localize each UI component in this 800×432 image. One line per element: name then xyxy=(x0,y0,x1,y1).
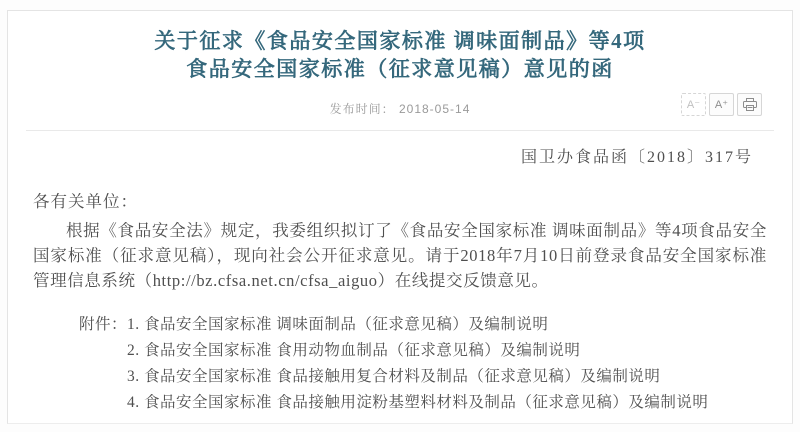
font-increase-icon: A⁺ xyxy=(715,98,728,111)
title-line-1: 关于征求《食品安全国家标准 调味面制品》等4项 xyxy=(8,27,792,55)
font-decrease-icon: A⁻ xyxy=(687,98,700,111)
print-button[interactable] xyxy=(737,93,762,116)
article-title: 关于征求《食品安全国家标准 调味面制品》等4项 食品安全国家标准（征求意见稿）意… xyxy=(8,27,792,83)
font-decrease-button[interactable]: A⁻ xyxy=(681,93,706,116)
publish-date-label: 发布时间： xyxy=(330,102,395,116)
font-toolbar: A⁻ A⁺ xyxy=(681,93,762,116)
attachment-item-1: 1. 食品安全国家标准 调味面制品（征求意见稿）及编制说明 xyxy=(127,312,767,338)
attachments-block: 附件： 1. 食品安全国家标准 调味面制品（征求意见稿）及编制说明 2. 食品安… xyxy=(79,312,767,416)
article-header: 关于征求《食品安全国家标准 调味面制品》等4项 食品安全国家标准（征求意见稿）意… xyxy=(8,11,792,131)
printer-icon xyxy=(743,98,757,111)
attachment-item-3: 3. 食品安全国家标准 食品接触用复合材料及制品（征求意见稿）及编制说明 xyxy=(127,364,767,390)
header-divider xyxy=(26,130,774,131)
document-body: 国卫办食品函〔2018〕317号 各有关单位： 根据《食品安全法》规定，我委组织… xyxy=(8,147,792,416)
publish-date-value: 2018-05-14 xyxy=(399,102,470,116)
title-line-2: 食品安全国家标准（征求意见稿）意见的函 xyxy=(8,55,792,83)
document-card: 关于征求《食品安全国家标准 调味面制品》等4项 食品安全国家标准（征求意见稿）意… xyxy=(7,10,793,424)
attachments-label: 附件： xyxy=(79,312,127,338)
attachment-item-4: 4. 食品安全国家标准 食品接触用淀粉基塑料材料及制品（征求意见稿）及编制说明 xyxy=(127,390,767,416)
attachment-item-2: 2. 食品安全国家标准 食用动物血制品（征求意见稿）及编制说明 xyxy=(127,338,767,364)
attachments-list: 1. 食品安全国家标准 调味面制品（征求意见稿）及编制说明 2. 食品安全国家标… xyxy=(127,312,767,416)
publish-date: 发布时间： 2018-05-14 xyxy=(8,97,792,121)
meta-row: 发布时间： 2018-05-14 A⁻ A⁺ xyxy=(8,97,792,121)
page-background: 关于征求《食品安全国家标准 调味面制品》等4项 食品安全国家标准（征求意见稿）意… xyxy=(0,0,800,432)
salutation: 各有关单位： xyxy=(33,191,767,213)
font-increase-button[interactable]: A⁺ xyxy=(709,93,734,116)
body-paragraph: 根据《食品安全法》规定，我委组织拟订了《食品安全国家标准 调味面制品》等4项食品… xyxy=(33,218,767,293)
document-number: 国卫办食品函〔2018〕317号 xyxy=(33,147,767,169)
